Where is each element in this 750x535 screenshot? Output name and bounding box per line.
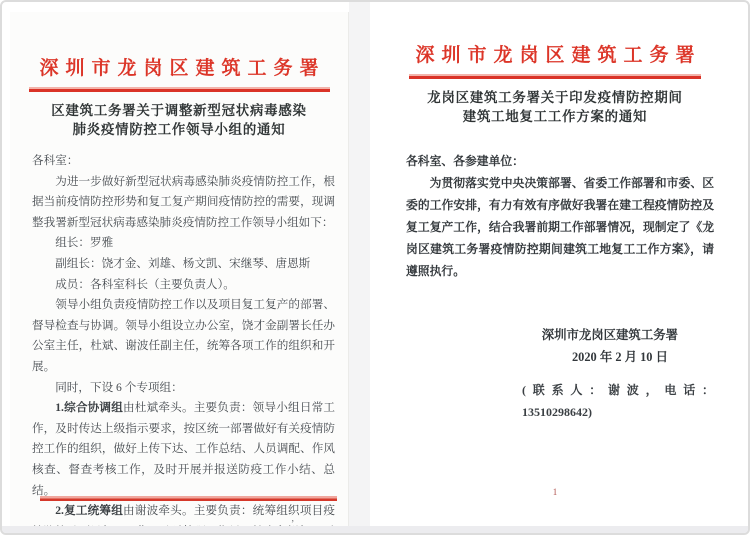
paragraph-office: 领导小组负责疫情防控工作以及项目复工复产的部署、督导检查与协调。领导小组设立办公… (32, 295, 335, 377)
paragraph-group-1: 1.综合协调组由杜斌牵头。主要负责：领导小组日常工作，及时传达上级指示要求，按区… (32, 398, 335, 501)
signature-block: 深圳市龙岗区建筑工务署 2020 年 2 月 10 日 (406, 324, 714, 368)
agency-letterhead: 深圳市龙岗区建筑工务署 (370, 44, 740, 68)
agency-letterhead: 深圳市龙岗区建筑工务署 (10, 57, 348, 81)
doc-title-line-2: 建筑工地复工工作方案的通知 (370, 107, 740, 126)
group-1-duties: 由杜斌牵头。主要负责：领导小组日常工作，及时传达上级指示要求，按区统一部署做好有… (32, 401, 335, 496)
deputy-leaders-line: 副组长：饶才金、刘雄、杨文凯、宋继琴、唐恩斯 (32, 254, 335, 275)
letterhead-rule (29, 87, 330, 92)
paragraph-groups-intro: 同时，下设 6 个专项组： (32, 378, 335, 399)
document-scan-canvas: 深圳市龙岗区建筑工务署 区建筑工务署关于调整新型冠状病毒感染 肺炎疫情防控工作领… (0, 0, 750, 535)
signature-agency: 深圳市龙岗区建筑工务署 (406, 324, 714, 346)
notice-doc-left: 深圳市龙岗区建筑工务署 区建筑工务署关于调整新型冠状病毒感染 肺炎疫情防控工作领… (10, 12, 349, 528)
scan-bottom-band (2, 526, 748, 533)
leader-line: 组长：罗雅 (32, 233, 335, 254)
doc-title-line-2: 肺炎疫情防控工作领导小组的通知 (10, 120, 348, 139)
salutation: 各科室、各参建单位： (406, 150, 714, 172)
page-bottom-rule (40, 496, 337, 501)
doc-body: 各科室、各参建单位： 为贯彻落实党中央决策部署、省委工作部署和市委、区委的工作安… (406, 150, 714, 423)
notice-doc-right: 深圳市龙岗区建筑工务署 龙岗区建筑工务署关于印发疫情防控期间 建筑工地复工工作方… (370, 4, 740, 530)
doc-title: 区建筑工务署关于调整新型冠状病毒感染 肺炎疫情防控工作领导小组的通知 (10, 101, 348, 139)
members-line: 成员：各科室科长（主要负责人）。 (32, 275, 335, 296)
doc-title-line-1: 区建筑工务署关于调整新型冠状病毒感染 (10, 101, 348, 120)
doc-title-line-1: 龙岗区建筑工务署关于印发疫情防控期间 (370, 88, 740, 107)
paragraph-group-2: 2.复工统筹组由谢波牵头。主要负责：统筹组织项目疫情防控及项目复工工作，及时梳理… (32, 501, 335, 528)
page-gap (349, 2, 370, 530)
group-2-name: 2.复工统筹组 (55, 504, 123, 517)
paragraph-intro: 为进一步做好新型冠状病毒感染肺炎疫情防控工作，根据当前疫情防控形势和复工复产期间… (32, 172, 335, 234)
group-1-name: 1.综合协调组 (55, 401, 123, 414)
salutation: 各科室： (32, 151, 335, 172)
doc-title: 龙岗区建筑工务署关于印发疫情防控期间 建筑工地复工工作方案的通知 (370, 88, 740, 126)
doc-body: 各科室： 为进一步做好新型冠状病毒感染肺炎疫情防控工作，根据当前疫情防控形势和复… (32, 151, 335, 528)
letterhead-rule (409, 74, 701, 79)
paragraph-main: 为贯彻落实党中央决策部署、省委工作部署和市委、区委的工作安排，有力有效有序做好我… (406, 172, 714, 282)
signature-date: 2020 年 2 月 10 日 (406, 346, 714, 368)
contact-line: (联系人：谢波，电话：13510298642) (406, 379, 714, 423)
page-number: 1 (370, 487, 740, 497)
